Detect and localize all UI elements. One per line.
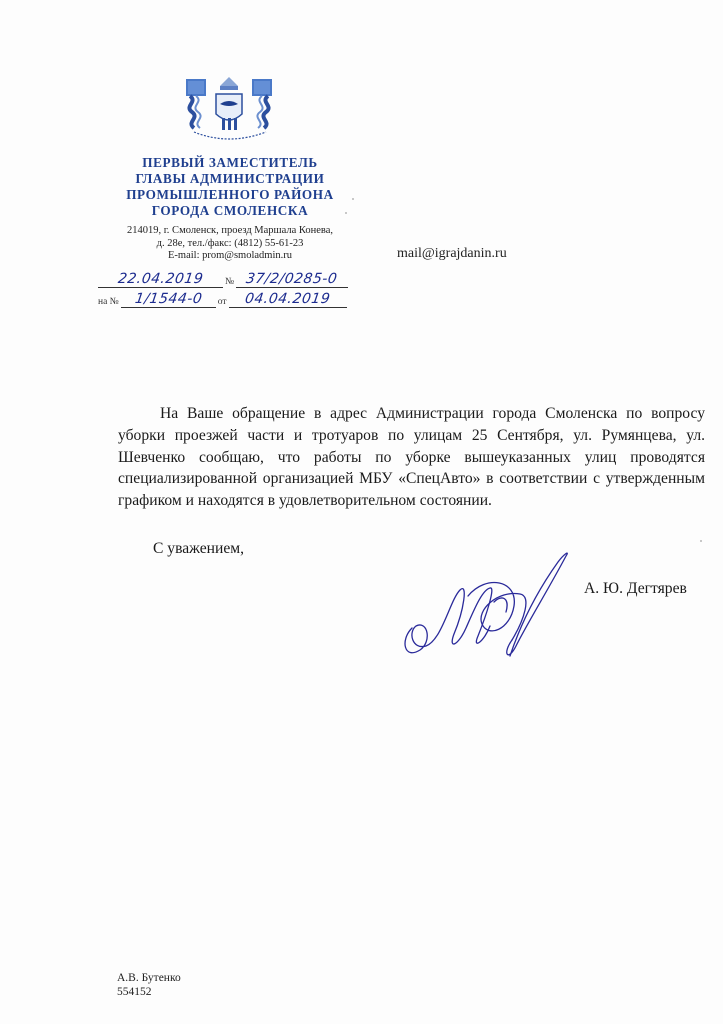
org-title: ПЕРВЫЙ ЗАМЕСТИТЕЛЬ ГЛАВЫ АДМИНИСТРАЦИИ П… [100, 155, 360, 219]
email-line: E-mail: prom@smoladmin.ru [100, 250, 360, 263]
org-address: 214019, г. Смоленск, проезд Маршала Коне… [100, 225, 360, 263]
executor-phone: 554152 [117, 986, 181, 1000]
address-line: д. 28е, тел./факс: (4812) 55-61-23 [100, 238, 360, 251]
address-line: 214019, г. Смоленск, проезд Маршала Коне… [100, 225, 360, 238]
executor-info: А.В. Бутенко 554152 [117, 972, 181, 999]
addressee-email: mail@igrajdanin.ru [397, 246, 507, 262]
closing-salutation: С уважением, [153, 540, 244, 558]
org-title-line: ПРОМЫШЛЕННОГО РАЙОНА [100, 187, 360, 203]
org-title-line: ГОРОДА СМОЛЕНСКА [100, 203, 360, 219]
org-title-line: ГЛАВЫ АДМИНИСТРАЦИИ [100, 171, 360, 187]
outgoing-date-field: 22.04.2019 [98, 269, 223, 288]
letter-body: На Ваше обращение в адрес Администрации … [118, 403, 705, 512]
reply-to-date-field: 04.04.2019 [229, 289, 347, 308]
reply-to-label: на № [98, 297, 121, 308]
letter-page: ПЕРВЫЙ ЗАМЕСТИТЕЛЬ ГЛАВЫ АДМИНИСТРАЦИИ П… [0, 0, 723, 1024]
outgoing-number: 37/2/0285-0 [245, 271, 338, 287]
from-label: от [216, 297, 229, 308]
letterhead: ПЕРВЫЙ ЗАМЕСТИТЕЛЬ ГЛАВЫ АДМИНИСТРАЦИИ П… [100, 155, 360, 263]
signatory-name: А. Ю. Дегтярев [584, 580, 687, 598]
registration-block: 22.04.2019 № 37/2/0285-0 на № 1/1544-0 о… [98, 268, 358, 308]
number-label: № [223, 277, 236, 288]
org-title-line: ПЕРВЫЙ ЗАМЕСТИТЕЛЬ [100, 155, 360, 171]
smolensk-coat-of-arms-icon [180, 74, 280, 144]
reply-to-date: 04.04.2019 [244, 291, 331, 307]
executor-name: А.В. Бутенко [117, 972, 181, 986]
scan-speck [345, 212, 347, 214]
outgoing-date: 22.04.2019 [117, 271, 204, 287]
body-paragraph: На Ваше обращение в адрес Администрации … [118, 403, 705, 512]
registration-row-outgoing: 22.04.2019 № 37/2/0285-0 [98, 268, 358, 288]
outgoing-number-field: 37/2/0285-0 [236, 269, 348, 288]
handwritten-signature-icon [398, 550, 573, 665]
registration-row-reply: на № 1/1544-0 от 04.04.2019 [98, 288, 358, 308]
reply-to-number: 1/1544-0 [134, 291, 203, 307]
reply-to-number-field: 1/1544-0 [121, 289, 216, 308]
scan-speck [700, 540, 702, 542]
scan-speck [352, 198, 354, 200]
